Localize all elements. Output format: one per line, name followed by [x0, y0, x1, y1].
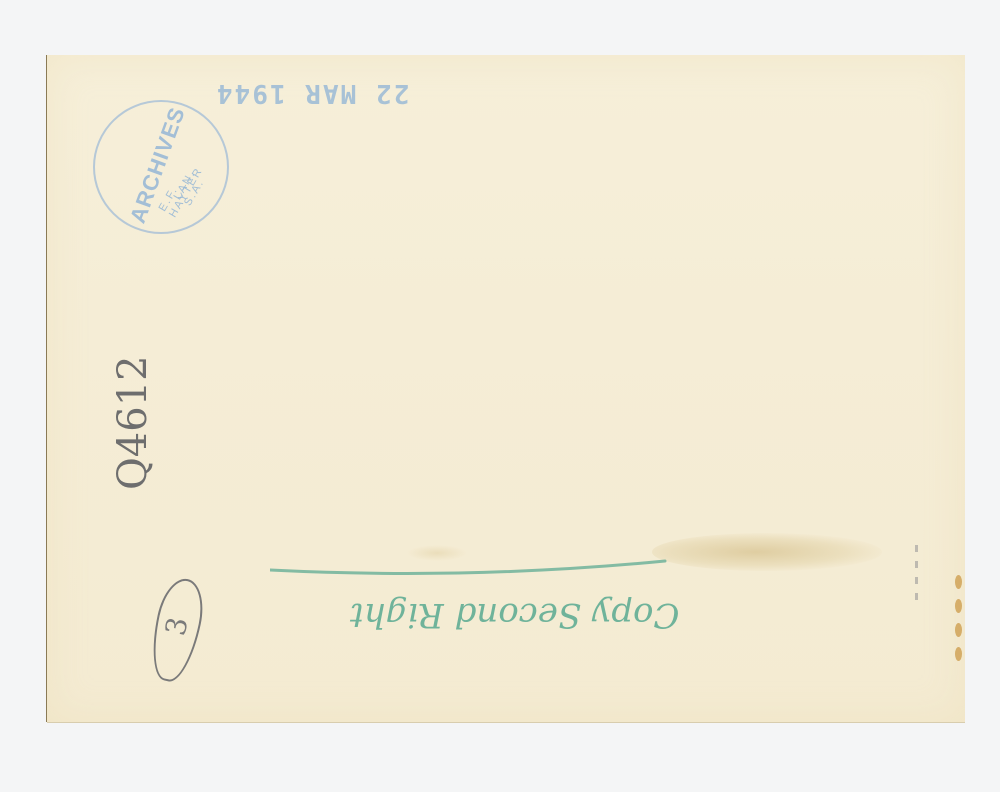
stain-mark — [652, 533, 882, 571]
pencil-catalog-code: Q4612 — [110, 355, 156, 490]
edge-dots — [915, 545, 918, 609]
green-handwritten-note: Copy Second Right — [350, 595, 679, 635]
date-stamp: 22 MAR 1944 — [215, 78, 409, 108]
edge-damage — [955, 575, 965, 695]
archives-stamp: ARCHIVES E.F. HAYTER LAN. S.A. — [93, 100, 229, 234]
circled-number-value: 3 — [159, 614, 195, 638]
green-underline — [270, 558, 670, 578]
